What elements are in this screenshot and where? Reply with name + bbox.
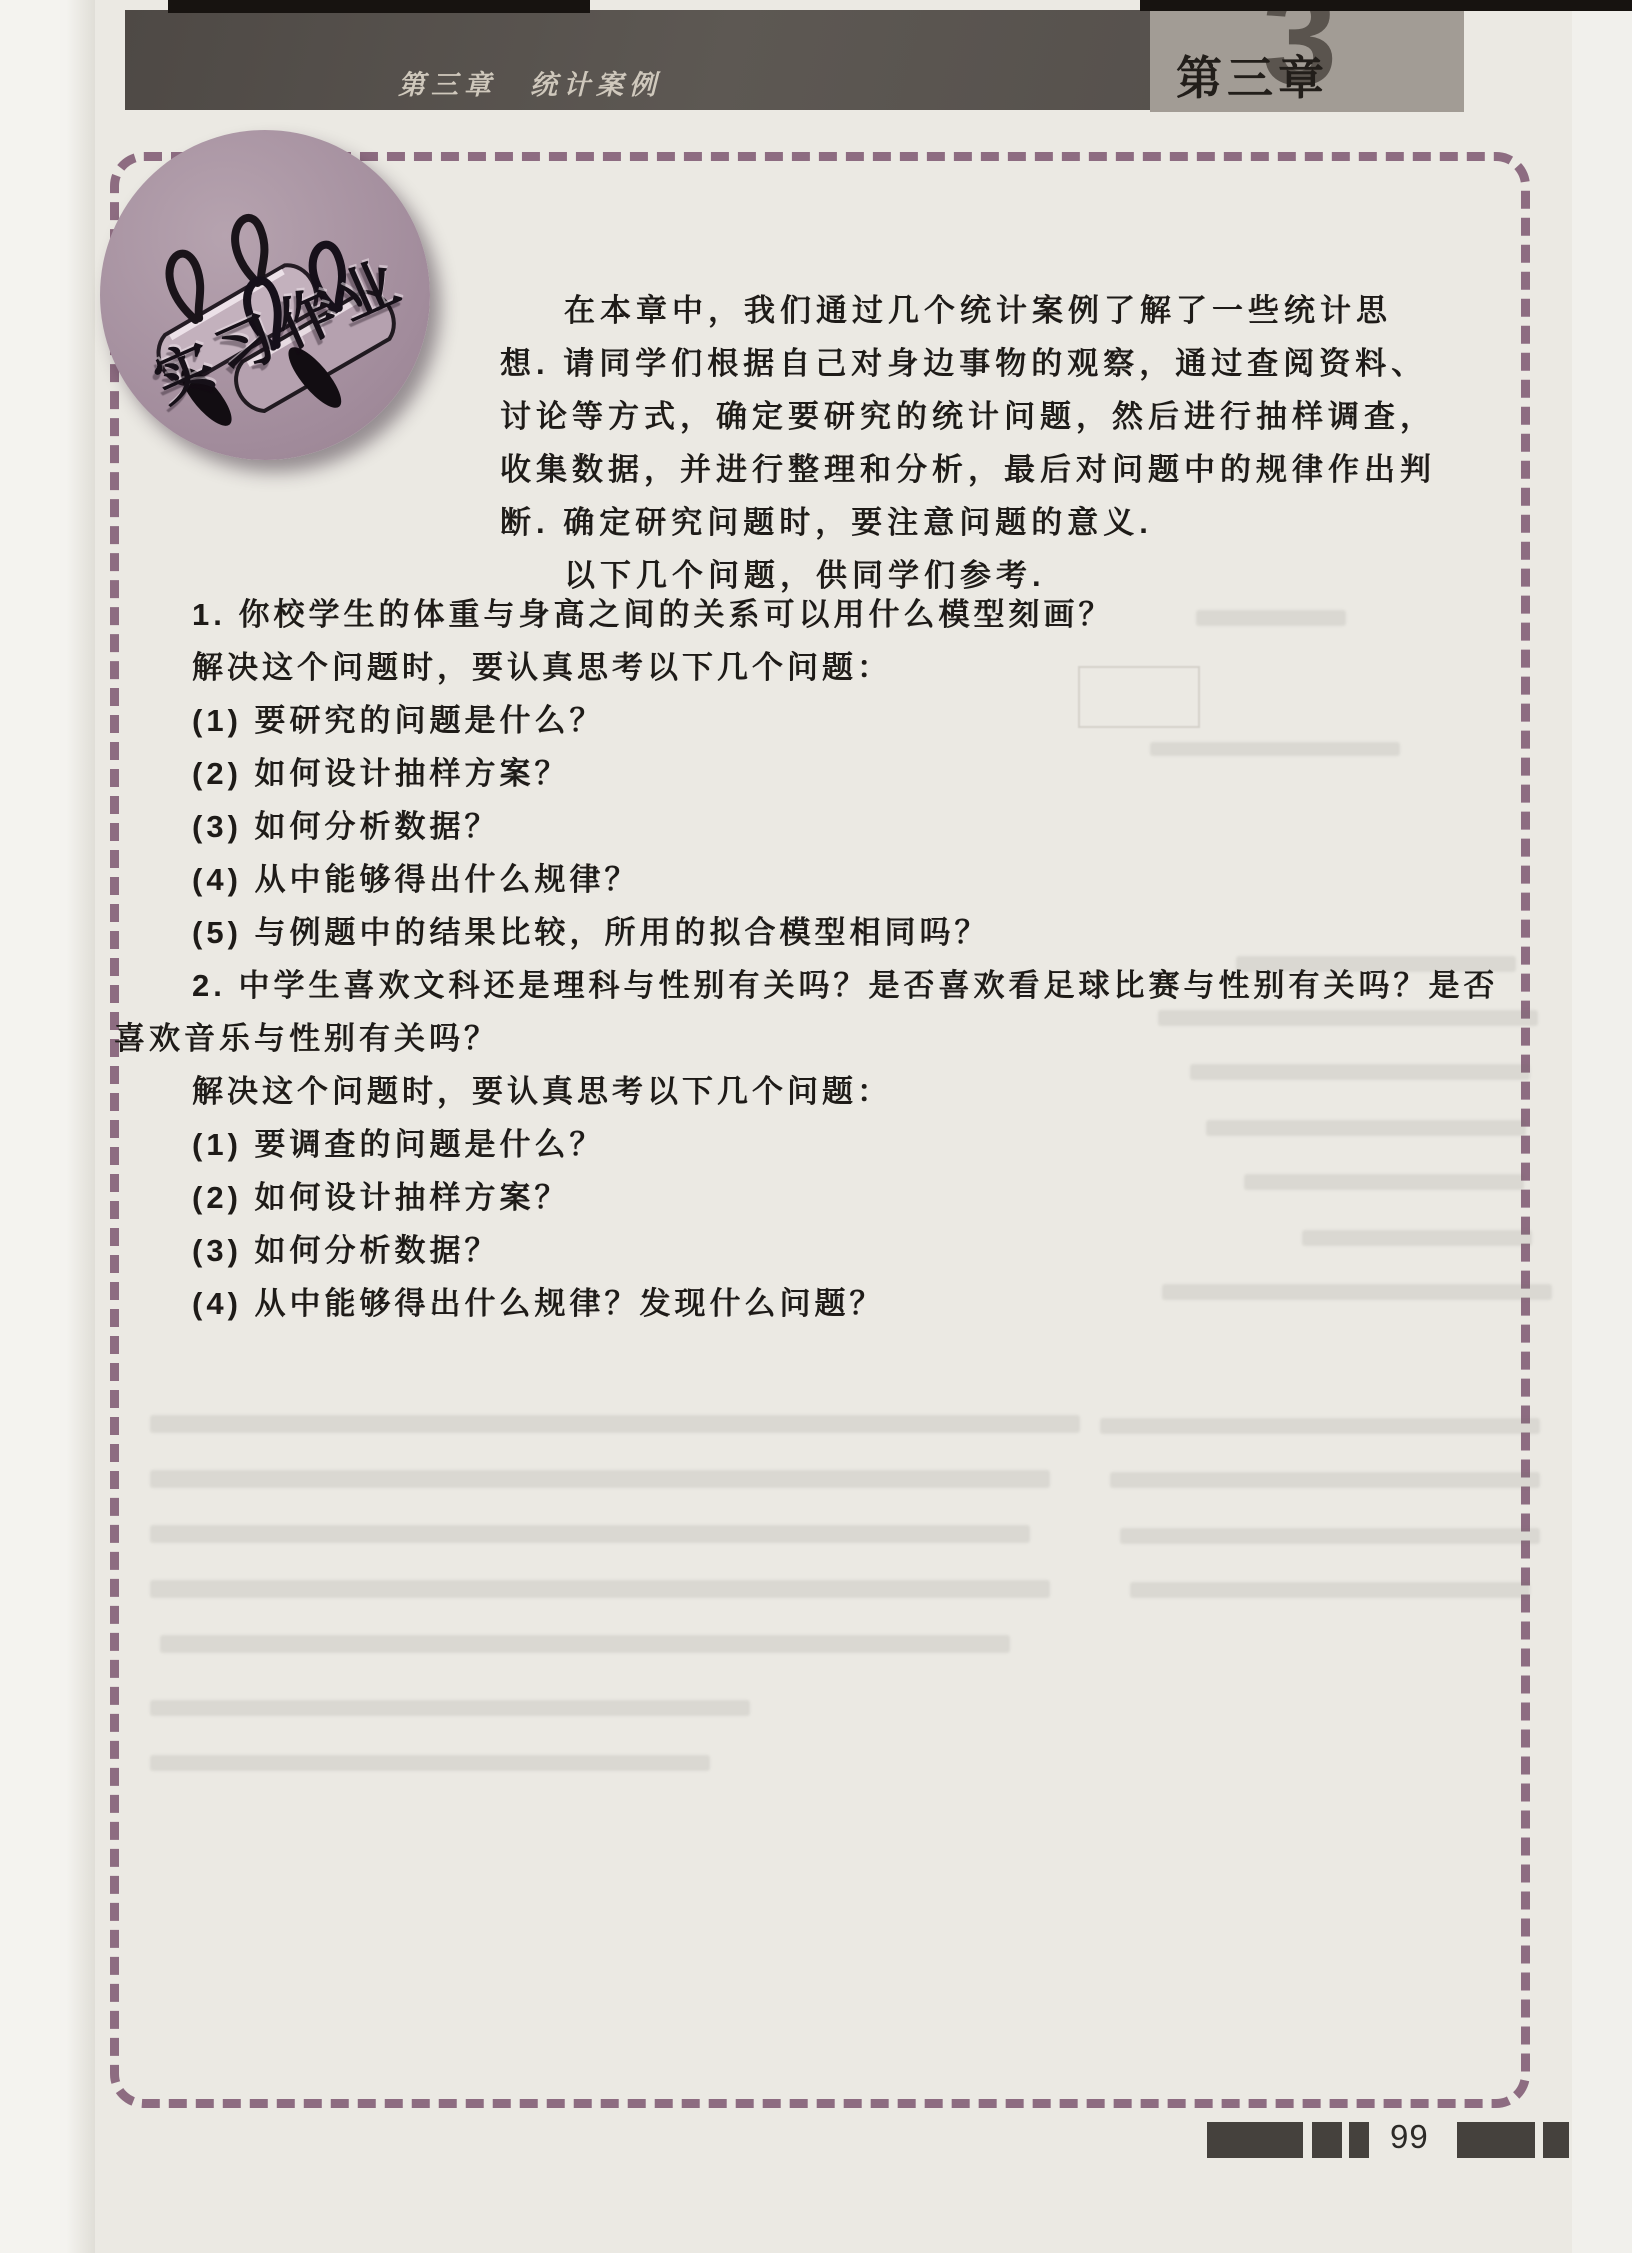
bleedthrough-artifact [1302,1230,1532,1246]
intro-line: 在本章中，我们通过几个统计案例了解了一些统计思 [500,284,1492,337]
bleedthrough-artifact [150,1700,750,1716]
header-black-strip-left [168,0,590,13]
problem-line: (1) 要研究的问题是什么？ [114,694,1514,747]
intro-line: 想. 请同学们根据自己对身边事物的观察，通过查阅资料、 [500,337,1492,390]
bleedthrough-artifact [1196,610,1346,626]
bleedthrough-artifact [1150,742,1400,756]
page-left-edge [0,0,95,2253]
intro-line: 收集数据，并进行整理和分析，最后对问题中的规律作出判 [500,443,1492,496]
footer-decoration-block [1349,2122,1369,2158]
book-page: 第三章 统计案例 3 第三章 [0,0,1632,2253]
header-black-strip-right [1140,0,1632,11]
intro-paragraph: 在本章中，我们通过几个统计案例了解了一些统计思 想. 请同学们根据自己对身边事物… [500,284,1492,602]
bleedthrough-artifact [1162,1284,1552,1300]
bleedthrough-artifact [1078,666,1200,728]
problem-line: 解决这个问题时，要认真思考以下几个问题： [114,641,1514,694]
problem-line: (3) 如何分析数据？ [114,800,1514,853]
intro-line: 断. 确定研究问题时，要注意问题的意义. [500,496,1492,549]
practice-assignment-badge: 实习作业 [100,130,430,460]
page-right-edge [1572,0,1632,2253]
intro-line: 讨论等方式，确定要研究的统计问题，然后进行抽样调查， [500,390,1492,443]
chapter-tab-panel: 3 第三章 [1150,0,1464,112]
bleedthrough-artifact [1130,1582,1530,1598]
bleedthrough-artifact [1206,1120,1526,1136]
bleedthrough-artifact [160,1635,1010,1653]
page-number: 99 [1390,2118,1429,2156]
problem-line: (4) 从中能够得出什么规律？ [114,853,1514,906]
problem-line: (5) 与例题中的结果比较，所用的拟合模型相同吗？ [114,906,1514,959]
bleedthrough-artifact [1158,1010,1538,1026]
footer-decoration-block [1457,2122,1535,2158]
bleedthrough-artifact [150,1415,1080,1433]
chapter-tab-label: 第三章 [1176,42,1329,108]
bleedthrough-artifact [1120,1528,1540,1544]
bleedthrough-artifact [1244,1174,1524,1190]
bleedthrough-artifact [150,1755,710,1771]
bleedthrough-artifact [150,1470,1050,1488]
bleedthrough-artifact [1110,1472,1540,1488]
bleedthrough-artifact [1236,956,1516,972]
bleedthrough-artifact [150,1580,1050,1598]
bleedthrough-artifact [150,1525,1030,1543]
footer-decoration-block [1312,2122,1342,2158]
bleedthrough-artifact [1100,1418,1540,1434]
running-title: 第三章 统计案例 [398,63,662,102]
bleedthrough-artifact [1190,1064,1530,1080]
footer-decoration-block [1543,2122,1569,2158]
footer-decoration-block [1207,2122,1303,2158]
